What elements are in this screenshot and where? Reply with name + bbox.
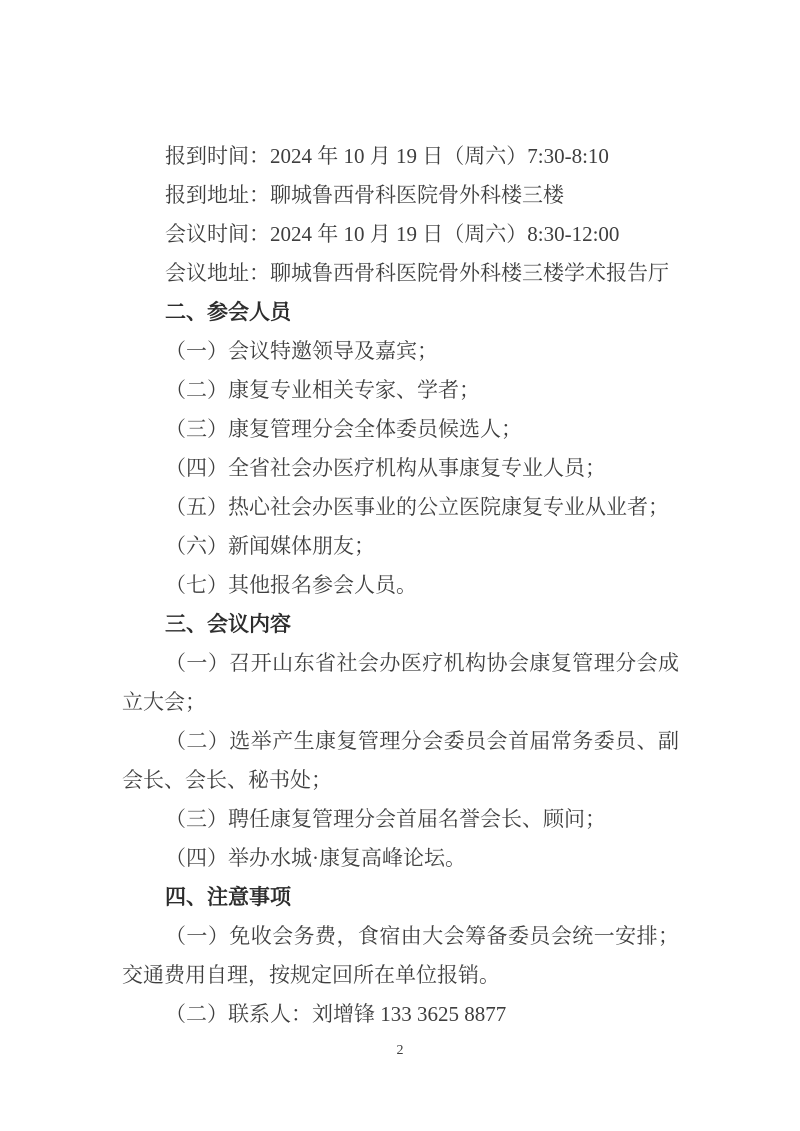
section-heading: 三、会议内容 [122,605,679,644]
paragraph: 会议地址：聊城鲁西骨科医院骨外科楼三楼学术报告厅 [122,254,679,293]
paragraph: （二）选举产生康复管理分会委员会首届常务委员、副会长、会长、秘书处； [122,722,679,800]
paragraph: （四）全省社会办医疗机构从事康复专业人员； [122,449,679,488]
paragraph: （一）免收会务费，食宿由大会筹备委员会统一安排；交通费用自理，按规定回所在单位报… [122,917,679,995]
section-heading: 二、参会人员 [122,293,679,332]
paragraph: （六）新闻媒体朋友； [122,527,679,566]
paragraph: （一）会议特邀领导及嘉宾； [122,332,679,371]
paragraph: 会议时间：2024 年 10 月 19 日（周六）8:30-12:00 [122,215,679,254]
paragraph: （三）康复管理分会全体委员候选人； [122,410,679,449]
paragraph: （一）召开山东省社会办医疗机构协会康复管理分会成立大会； [122,644,679,722]
document-body: 报到时间：2024 年 10 月 19 日（周六）7:30-8:10报到地址：聊… [122,137,679,1034]
paragraph: （五）热心社会办医事业的公立医院康复专业从业者； [122,488,679,527]
section-heading: 四、注意事项 [122,878,679,917]
paragraph: （二）康复专业相关专家、学者； [122,371,679,410]
paragraph: （三）聘任康复管理分会首届名誉会长、顾问； [122,800,679,839]
paragraph: （七）其他报名参会人员。 [122,566,679,605]
paragraph: （四）举办水城·康复高峰论坛。 [122,839,679,878]
paragraph: 报到地址：聊城鲁西骨科医院骨外科楼三楼 [122,176,679,215]
page-number: 2 [0,1042,800,1060]
document-page: 报到时间：2024 年 10 月 19 日（周六）7:30-8:10报到地址：聊… [0,0,800,1131]
paragraph: （二）联系人：刘增锋 133 3625 8877 [122,995,679,1034]
paragraph: 报到时间：2024 年 10 月 19 日（周六）7:30-8:10 [122,137,679,176]
